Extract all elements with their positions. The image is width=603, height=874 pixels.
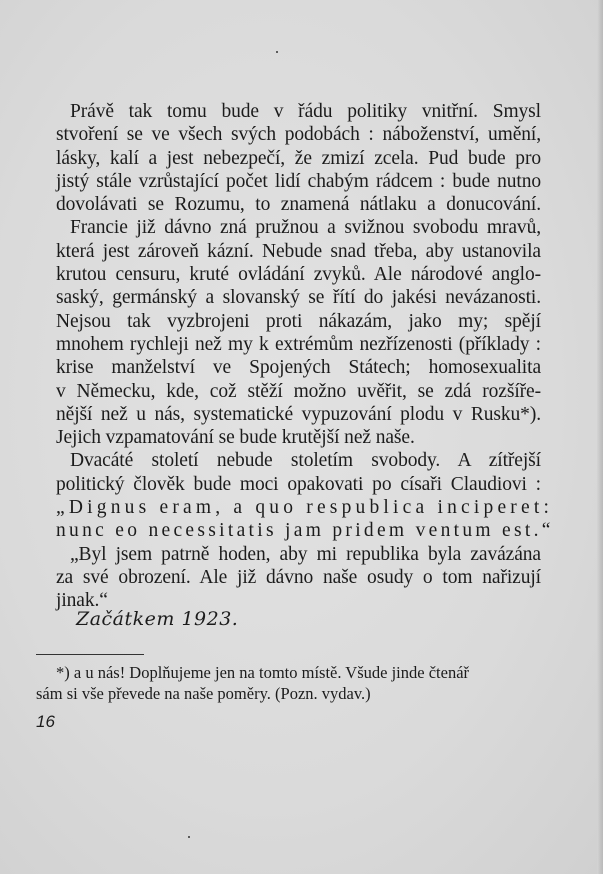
paper-speck <box>188 836 190 838</box>
text-line: Právě tak tomu bude v řádu politiky vnit… <box>56 100 541 123</box>
text-line: Nejsou tak vyzbrojeni proti nákazám, jak… <box>56 310 541 333</box>
paper-speck <box>276 51 278 53</box>
text-line: Francie již dávno zná pružnou a svižnou … <box>56 216 541 239</box>
text-line: „Dignus eram, a quo respublica inciperet… <box>56 496 541 519</box>
text-line: za své obrození. Ale již dávno naše osud… <box>56 566 541 589</box>
text-line: politický člověk bude moci opakovati po … <box>56 473 541 496</box>
page-edge-shadow <box>597 0 603 874</box>
text-line: která jest zároveň kázní. Nebude snad tř… <box>56 240 541 263</box>
text-line: saský, germánský a slovanský se řítí do … <box>56 286 541 309</box>
footnote-rule <box>36 654 144 655</box>
book-page: Právě tak tomu bude v řádu politiky vnit… <box>0 0 603 874</box>
footnote-line: *) a u nás! Doplňujeme jen na tomto míst… <box>36 662 536 683</box>
text-line: Dvacáté století nebude stoletím svobody.… <box>56 449 541 472</box>
text-line: jistý stále vzrůstající počet lidí chabý… <box>56 170 541 193</box>
text-line: dovolávati se Rozumu, to znamená nátlaku… <box>56 193 541 216</box>
page-number: 16 <box>36 712 55 732</box>
footnote: *) a u nás! Doplňujeme jen na tomto míst… <box>36 662 536 704</box>
text-line: lásky, kalí a jest nebezpečí, že zmizí z… <box>56 147 541 170</box>
text-line: nější než u nás, systematické vypuzování… <box>56 403 541 426</box>
text-line: Jejich vzpamatování se bude krutější než… <box>56 426 541 449</box>
body-text: Právě tak tomu bude v řádu politiky vnit… <box>56 100 541 613</box>
footnote-line: sám si vše převede na naše poměry. (Pozn… <box>36 683 536 704</box>
text-line: v Německu, kde, což stěží možno uvěřit, … <box>56 380 541 403</box>
text-line: krise manželství ve Spojených Státech; h… <box>56 356 541 379</box>
text-line: nunc eo necessitatis jam pridem ventum e… <box>56 519 541 542</box>
text-line: krutou censuru, kruté ovládání zvyků. Al… <box>56 263 541 286</box>
dateline: Začátkem 1923. <box>76 608 238 630</box>
text-line: stvoření se ve všech svých podobách : ná… <box>56 123 541 146</box>
text-line: mnohem rychleji než my k extrémům nezříz… <box>56 333 541 356</box>
text-line: „Byl jsem patrně hoden, aby mi republika… <box>56 543 541 566</box>
